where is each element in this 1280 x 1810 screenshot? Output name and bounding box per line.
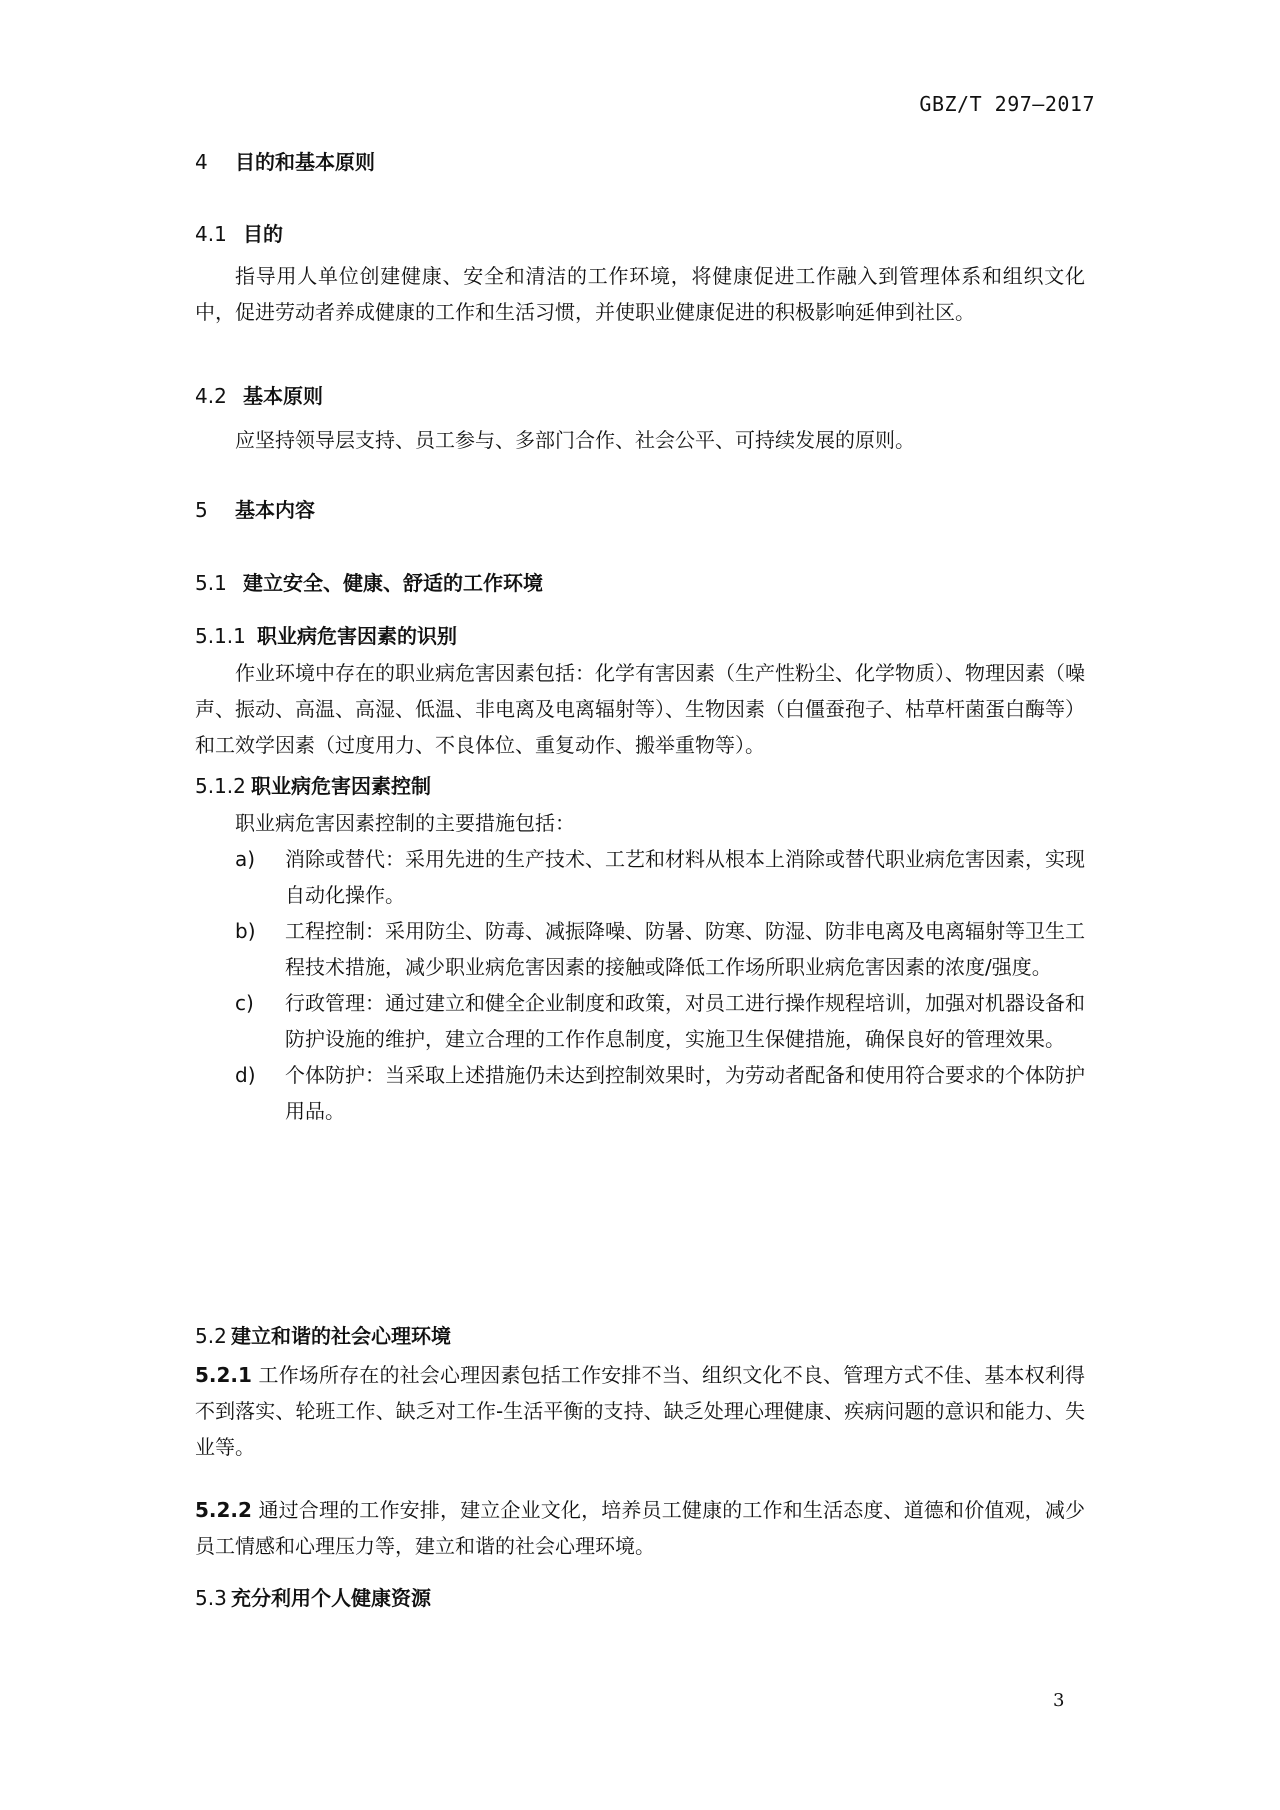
heading-title: 目的 (243, 222, 283, 246)
heading-5: 5基本内容 (195, 494, 1085, 523)
paragraph-4-2: 应坚持领导层支持、员工参与、多部门合作、社会公平、可持续发展的原则。 (195, 422, 1085, 458)
list-marker: d) (235, 1057, 256, 1093)
heading-5-3: 5.3充分利用个人健康资源 (195, 1582, 1085, 1611)
heading-number: 5.1.2 (195, 774, 251, 798)
page-number: 3 (1053, 1690, 1064, 1711)
list-marker: b) (235, 913, 256, 949)
standard-code-header: GBZ/T 297—2017 (919, 92, 1095, 116)
list-item-a: a)消除或替代：采用先进的生产技术、工艺和材料从根本上消除或替代职业病危害因素，… (195, 841, 1085, 913)
list-text: 消除或替代：采用先进的生产技术、工艺和材料从根本上消除或替代职业病危害因素，实现… (285, 847, 1085, 907)
heading-number: 5.2 (195, 1324, 231, 1348)
heading-5-1-1: 5.1.1职业病危害因素的识别 (195, 620, 1085, 649)
clause-text: 通过合理的工作安排，建立企业文化，培养员工健康的工作和生活态度、道德和价值观，减… (195, 1498, 1085, 1558)
heading-4: 4目的和基本原则 (195, 146, 1085, 175)
heading-number: 4.2 (195, 384, 243, 408)
list-marker: a) (235, 841, 255, 877)
heading-title: 充分利用个人健康资源 (231, 1586, 431, 1610)
heading-number: 5.3 (195, 1586, 231, 1610)
heading-title: 职业病危害因素控制 (251, 774, 431, 798)
list-text: 行政管理：通过建立和健全企业制度和政策，对员工进行操作规程培训，加强对机器设备和… (285, 991, 1085, 1051)
heading-4-1: 4.1目的 (195, 218, 1085, 247)
list-item-c: c)行政管理：通过建立和健全企业制度和政策，对员工进行操作规程培训，加强对机器设… (195, 985, 1085, 1057)
paragraph-4-1: 指导用人单位创建健康、安全和清洁的工作环境，将健康促进工作融入到管理体系和组织文… (195, 258, 1085, 330)
heading-title: 基本原则 (243, 384, 323, 408)
heading-5-1: 5.1建立安全、健康、舒适的工作环境 (195, 567, 1085, 596)
heading-number: 4.1 (195, 222, 243, 246)
clause-number: 5.2.1 (195, 1363, 252, 1387)
heading-number: 5.1.1 (195, 624, 257, 648)
list-intro: 职业病危害因素控制的主要措施包括： (195, 805, 1085, 841)
list-text: 工程控制：采用防尘、防毒、减振降噪、防暑、防寒、防湿、防非电离及电离辐射等卫生工… (285, 919, 1085, 979)
heading-title: 建立安全、健康、舒适的工作环境 (243, 571, 543, 595)
clause-text: 工作场所存在的社会心理因素包括工作安排不当、组织文化不良、管理方式不佳、基本权利… (195, 1363, 1085, 1459)
heading-number: 5 (195, 498, 235, 522)
paragraph-5-1-1: 作业环境中存在的职业病危害因素包括：化学有害因素（生产性粉尘、化学物质）、物理因… (195, 655, 1085, 763)
list-marker: c) (235, 985, 254, 1021)
heading-number: 4 (195, 150, 235, 174)
paragraph-5-2-2: 5.2.2 通过合理的工作安排，建立企业文化，培养员工健康的工作和生活态度、道德… (195, 1492, 1085, 1564)
heading-title: 基本内容 (235, 498, 315, 522)
heading-title: 职业病危害因素的识别 (257, 624, 457, 648)
list-item-b: b)工程控制：采用防尘、防毒、减振降噪、防暑、防寒、防湿、防非电离及电离辐射等卫… (195, 913, 1085, 985)
paragraph-5-2-1: 5.2.1 工作场所存在的社会心理因素包括工作安排不当、组织文化不良、管理方式不… (195, 1357, 1085, 1465)
list-item-d: d)个体防护：当采取上述措施仍未达到控制效果时，为劳动者配备和使用符合要求的个体… (195, 1057, 1085, 1129)
heading-title: 建立和谐的社会心理环境 (231, 1324, 451, 1348)
list-5-1-2: 职业病危害因素控制的主要措施包括： a)消除或替代：采用先进的生产技术、工艺和材… (195, 805, 1085, 1129)
heading-4-2: 4.2基本原则 (195, 380, 1085, 409)
list-text: 个体防护：当采取上述措施仍未达到控制效果时，为劳动者配备和使用符合要求的个体防护… (285, 1063, 1085, 1123)
heading-number: 5.1 (195, 571, 243, 595)
heading-5-2: 5.2建立和谐的社会心理环境 (195, 1320, 1085, 1349)
heading-5-1-2: 5.1.2职业病危害因素控制 (195, 770, 1085, 799)
clause-number: 5.2.2 (195, 1498, 252, 1522)
heading-title: 目的和基本原则 (235, 150, 375, 174)
